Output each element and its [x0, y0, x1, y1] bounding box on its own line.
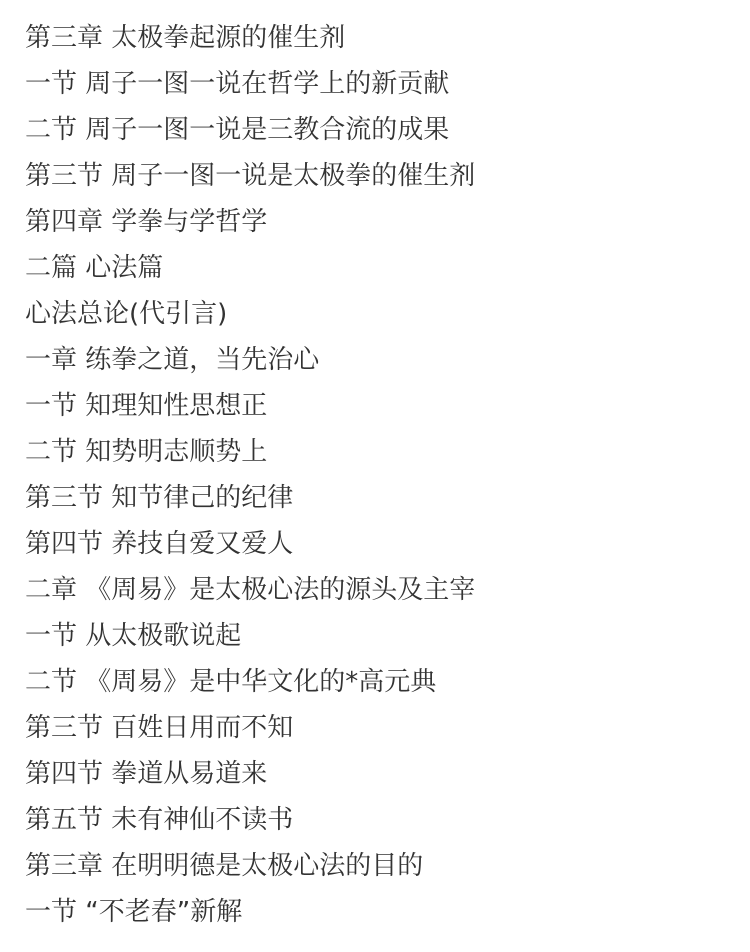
toc-part-2-title: 二篇 心法篇 — [25, 245, 475, 291]
toc-chapter-3-virtue: 第三章 在明明德是太极心法的目的 — [25, 843, 475, 889]
toc-section-4-love: 第四节 养技自爱又爱人 — [25, 521, 475, 567]
toc-introduction: 心法总论(代引言) — [25, 291, 475, 337]
toc-section-3-daily-use: 第三节 百姓日用而不知 — [25, 705, 475, 751]
toc-chapter-2-title: 二章 《周易》是太极心法的源头及主宰 — [25, 567, 475, 613]
toc-section-5-immortals: 第五节 未有神仙不读书 — [25, 797, 475, 843]
table-of-contents: 第三章 太极拳起源的催生剂 一节 周子一图一说在哲学上的新贡献 二节 周子一图一… — [25, 15, 475, 935]
toc-section-1-reason: 一节 知理知性思想正 — [25, 383, 475, 429]
toc-chapter-1-title: 一章 练拳之道，当先治心 — [25, 337, 475, 383]
toc-section-2-momentum: 二节 知势明志顺势上 — [25, 429, 475, 475]
toc-section-3-catalyst: 第三节 周子一图一说是太极拳的催生剂 — [25, 153, 475, 199]
toc-section-2-zhouyi-classic: 二节 《周易》是中华文化的*高元典 — [25, 659, 475, 705]
toc-chapter-4-title: 第四章 学拳与学哲学 — [25, 199, 475, 245]
toc-section-1-bulaochun: 一节 “不老春”新解 — [25, 889, 475, 935]
toc-section-4-fist-way: 第四节 拳道从易道来 — [25, 751, 475, 797]
toc-section-3-discipline: 第三节 知节律己的纪律 — [25, 475, 475, 521]
toc-section-1-taiji-song: 一节 从太极歌说起 — [25, 613, 475, 659]
toc-section-2-three-teachings: 二节 周子一图一说是三教合流的成果 — [25, 107, 475, 153]
toc-chapter-3-title: 第三章 太极拳起源的催生剂 — [25, 15, 475, 61]
toc-section-1-zhouzi-contribution: 一节 周子一图一说在哲学上的新贡献 — [25, 61, 475, 107]
